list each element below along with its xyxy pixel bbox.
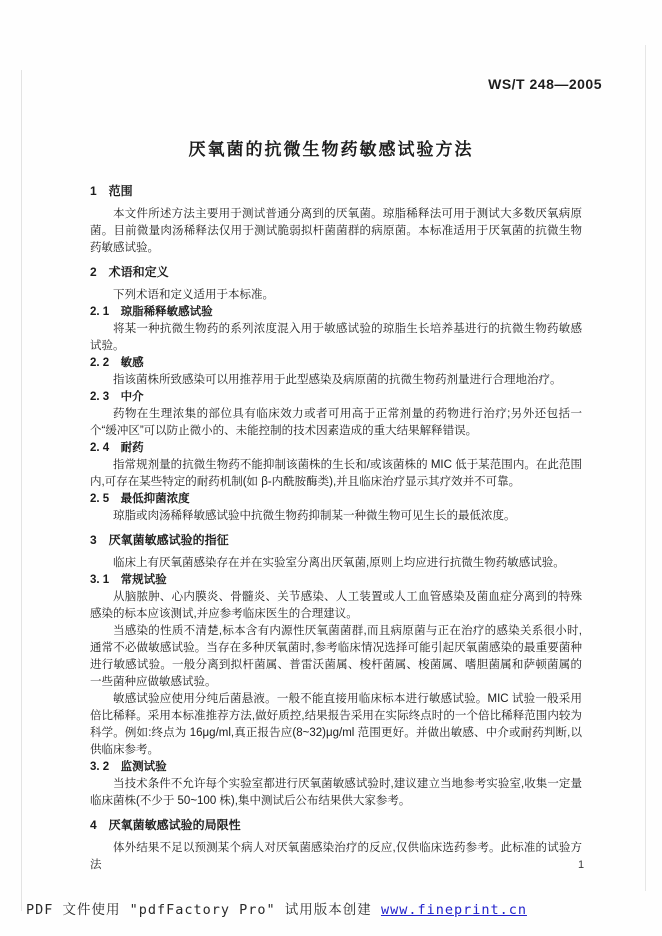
paragraph-3-1-c: 敏感试验应使用分纯后菌悬液。一般不能直接用临床标本进行敏感试验。MIC 试验一般… — [90, 691, 582, 759]
paragraph-2-5: 琼脂或肉汤稀释敏感试验中抗微生物药抑制某一种微生物可见生长的最低浓度。 — [90, 508, 582, 525]
heading-scope: 1 范围 — [90, 183, 582, 200]
paragraph-2-3: 药物在生理浓集的部位具有临床效力或者可用高于正常剂量的药物进行治疗;另外还包括一… — [90, 406, 582, 440]
paragraph-2-2: 指该菌株所致感染可以用推荐用于此型感染及病原菌的抗微生物药剂量进行合理地治疗。 — [90, 372, 582, 389]
paragraph-scope: 本文件所述方法主要用于测试普通分离到的厌氧菌。琼脂稀释法可用于测试大多数厌氧病原… — [90, 206, 582, 257]
subheading-3-1: 3. 1 常规试验 — [90, 572, 582, 589]
paragraph-3-1-a: 从脑脓肿、心内膜炎、骨髓炎、关节感染、人工装置或人工血管感染及菌血症分离到的特殊… — [90, 589, 582, 623]
standard-number: WS/T 248—2005 — [488, 76, 602, 92]
subheading-2-3: 2. 3 中介 — [90, 389, 582, 406]
subheading-2-4: 2. 4 耐药 — [90, 440, 582, 457]
heading-indications: 3 厌氧菌敏感试验的指征 — [90, 532, 582, 549]
subheading-2-1: 2. 1 琼脂稀释敏感试验 — [90, 304, 582, 321]
subheading-2-5: 2. 5 最低抑菌浓度 — [90, 491, 582, 508]
paragraph-3-1-b: 当感染的性质不清楚,标本含有内源性厌氧菌菌群,而且病原菌与正在治疗的感染关系很小… — [90, 623, 582, 691]
heading-terms: 2 术语和定义 — [90, 264, 582, 281]
paragraph-2-4: 指常规剂量的抗微生物药不能抑制该菌株的生长和/或该菌株的 MIC 低于某范围内。… — [90, 457, 582, 491]
scan-edge-line — [21, 70, 22, 911]
subheading-2-2: 2. 2 敏感 — [90, 355, 582, 372]
paragraph-limitations: 体外结果不足以预测某个病人对厌氧菌感染治疗的反应,仅供临床选药参考。此标准的试验… — [90, 840, 582, 874]
document-body: 1 范围 本文件所述方法主要用于测试普通分离到的厌氧菌。琼脂稀释法可用于测试大多… — [90, 183, 582, 874]
paragraph-indications: 临床上有厌氧菌感染存在并在实验室分离出厌氧菌,原则上均应进行抗微生物药敏感试验。 — [90, 555, 582, 572]
fineprint-link[interactable]: www.fineprint.cn — [381, 902, 527, 918]
heading-limitations: 4 厌氧菌敏感试验的局限性 — [90, 817, 582, 834]
scan-edge-line — [645, 45, 646, 891]
subheading-3-2: 3. 2 监测试验 — [90, 759, 582, 776]
page-title: 厌氧菌的抗微生物药敏感试验方法 — [0, 135, 662, 160]
pdf-watermark: PDF 文件使用 "pdfFactory Pro" 试用版本创建 www.fin… — [26, 898, 527, 918]
paragraph-3-2: 当技术条件不允许每个实验室都进行厌氧菌敏感试验时,建议建立当地参考实验室,收集一… — [90, 776, 582, 810]
paragraph-2-1: 将某一种抗微生物药的系列浓度混入用于敏感试验的琼脂生长培养基进行的抗微生物药敏感… — [90, 321, 582, 355]
watermark-text: PDF 文件使用 "pdfFactory Pro" 试用版本创建 — [26, 902, 381, 918]
document-page: WS/T 248—2005 厌氧菌的抗微生物药敏感试验方法 1 范围 本文件所述… — [0, 0, 662, 936]
page-number: 1 — [578, 859, 584, 871]
paragraph-terms-intro: 下列术语和定义适用于本标准。 — [90, 287, 582, 304]
